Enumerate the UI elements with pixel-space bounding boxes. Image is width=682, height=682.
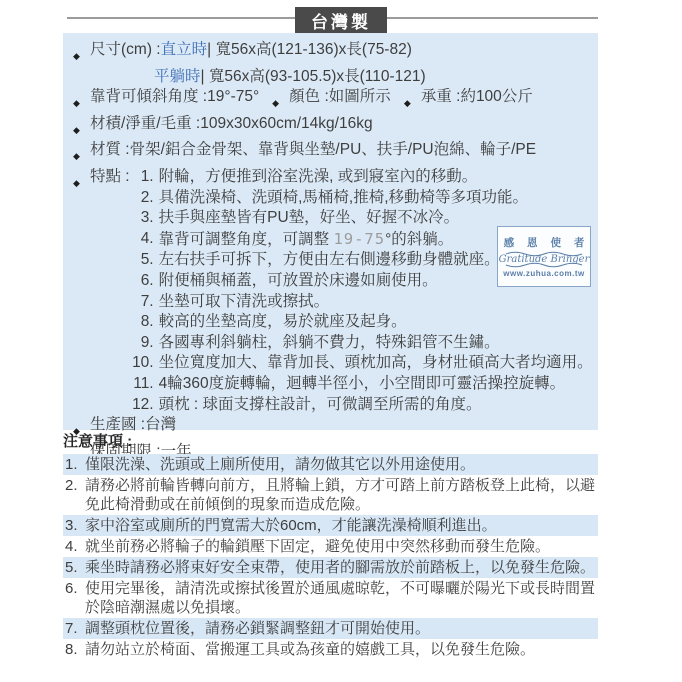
feature-item: 7. 坐墊可取下清洗或擦拭。 (130, 292, 598, 313)
feature-text: 4輪360度旋轉輪，迴轉半徑小，小空間即可靈活操控旋轉。 (159, 374, 598, 395)
spec-value-color: 如圖所示 (329, 87, 391, 114)
feature-text: 具備洗澡椅、洗頭椅,馬桶椅,推椅,移動椅等多項功能。 (159, 188, 598, 209)
note-item: 2. 請務必將前輪皆轉向前方，且將輪上鎖，方才可踏上前方踏板登上此椅，以避免此椅… (63, 475, 598, 515)
feature-text: 坐墊可取下清洗或擦拭。 (159, 292, 598, 313)
recline-angle-value: 19-75 (333, 230, 385, 248)
spec-row-material: ◆ 材質 : 骨架/鋁合金骨架、靠背與坐墊/PU、扶手/PU泡綿、輪子/PE (63, 140, 598, 167)
note-number: 1. (65, 455, 82, 474)
feature-text-suffix: °的斜躺。 (385, 231, 453, 248)
mode-flat-text: 平躺時 (154, 67, 201, 88)
feature-item: 11. 4輪360度旋轉輪，迴轉半徑小，小空間即可靈活操控旋轉。 (130, 374, 598, 395)
feature-list: 1. 附輪，方便推到浴室洗澡, 或到寢室內的移動。 2. 具備洗澡椅、洗頭椅,馬… (130, 167, 598, 415)
page-title: 台灣製 (311, 8, 371, 33)
spec-label-recline: 靠背可傾斜角度 : (90, 87, 207, 114)
made-in-taiwan-badge: 台灣製 (295, 7, 387, 33)
note-item: 1. 僅限洗澡、洗頭或上廁所使用，請勿做其它以外用途使用。 (63, 454, 598, 475)
feature-number: 6. (130, 271, 154, 292)
feature-number: 3. (130, 208, 154, 229)
note-item: 3. 家中浴室或廁所的門寬需大於60cm，才能讓洗澡椅順利進出。 (63, 515, 598, 536)
note-text: 家中浴室或廁所的門寬需大於60cm，才能讓洗澡椅順利進出。 (85, 516, 596, 535)
feature-number: 2. (130, 188, 154, 209)
feature-text: 附輪，方便推到浴室洗澡, 或到寢室內的移動。 (159, 167, 598, 188)
note-number: 6. (65, 579, 82, 598)
watermark-title: 感 恩 使 者 (499, 235, 590, 250)
spec-value-upright: | 寬56x高(121-136)x長(75-82) (207, 40, 412, 61)
note-item: 7. 調整頭枕位置後，請務必鎖緊調整鈕才可開始使用。 (63, 618, 598, 639)
note-number: 4. (65, 537, 82, 556)
feature-text: 各國專利斜躺柱，斜躺不費力，特殊鋁管不生鏽。 (159, 333, 598, 354)
spec-label-load: 承重 : (421, 87, 461, 114)
note-item: 5. 乘坐時請務必將束好安全束帶，使用者的腳需放於前踏板上，以免發生危險。 (63, 557, 598, 578)
feature-item: 10. 坐位寬度加大、靠背加長、頭枕加高，身材壯碩高大者均適用。 (130, 353, 598, 374)
spec-value-volume: 109x30x60cm/14kg/16kg (200, 114, 372, 135)
spec-row-dimensions: ◆ 尺寸(cm) : 直立時 | 寬56x高(121-136)x長(75-82) (63, 40, 598, 67)
spec-label-material: 材質 : (90, 140, 130, 161)
feature-text-prefix: 靠背可調整角度，可調整 (159, 231, 334, 248)
spec-row-inline: ◆ 靠背可傾斜角度 : 19°-75° ◆ 顏色 : 如圖所示 ◆ 承重 : 約… (63, 87, 598, 114)
bullet-diamond-icon: ◆ (404, 87, 421, 114)
watermark-stamp: 感 恩 使 者 Gratitude Bringer www.zuhua.com.… (497, 226, 591, 287)
note-number: 2. (65, 476, 82, 495)
note-item: 4. 就坐前務必將輪子的輪鎖壓下固定，避免使用中突然移動而發生危險。 (63, 536, 598, 557)
spec-label-volume: 材積/淨重/毛重 : (90, 114, 200, 135)
note-item: 6. 使用完畢後，請清洗或擦拭後置於通風處晾乾，不可曝曬於陽光下或長時間置於陰暗… (63, 578, 598, 618)
spec-label-features: 特點 : (90, 167, 130, 188)
bullet-diamond-icon: ◆ (73, 87, 90, 114)
spec-seg-load: ◆ 承重 : 約100公斤 (404, 87, 533, 114)
feature-number: 12. (130, 395, 154, 416)
notes-section: 注意事項 : 1. 僅限洗澡、洗頭或上廁所使用，請勿做其它以外用途使用。 2. … (63, 432, 598, 660)
note-text: 使用完畢後，請清洗或擦拭後置於通風處晾乾，不可曝曬於陽光下或長時間置於陰暗潮濕處… (85, 579, 596, 617)
note-number: 5. (65, 558, 82, 577)
note-text: 乘坐時請務必將束好安全束帶，使用者的腳需放於前踏板上，以免發生危險。 (85, 558, 596, 577)
note-text: 調整頭枕位置後，請務必鎖緊調整鈕才可開始使用。 (85, 619, 596, 638)
feature-text: 較高的坐墊高度，易於就座及起身。 (159, 312, 598, 333)
spec-row-features: ◆ 特點 : 1. 附輪，方便推到浴室洗澡, 或到寢室內的移動。 2. 具備洗澡… (63, 167, 598, 415)
feature-number: 8. (130, 312, 154, 333)
bullet-diamond-icon: ◆ (73, 40, 90, 67)
notes-heading: 注意事項 : (63, 432, 598, 451)
spec-seg-color: ◆ 顏色 : 如圖所示 (272, 87, 391, 114)
feature-number: 11. (130, 374, 154, 395)
spec-value-flat: | 寬56x高(93-105.5)x長(110-121) (201, 67, 426, 88)
spec-value-load: 約100公斤 (460, 87, 532, 114)
spec-value-recline: 19°-75° (207, 87, 259, 114)
bullet-diamond-icon: ◆ (73, 167, 90, 194)
feature-text: 坐位寬度加大、靠背加長、頭枕加高，身材壯碩高大者均適用。 (159, 353, 598, 374)
note-text: 僅限洗澡、洗頭或上廁所使用，請勿做其它以外用途使用。 (85, 455, 596, 474)
feature-item: 8. 較高的坐墊高度，易於就座及起身。 (130, 312, 598, 333)
spec-value-material: 骨架/鋁合金骨架、靠背與坐墊/PU、扶手/PU泡綿、輪子/PE (130, 140, 536, 161)
feature-number: 1. (130, 167, 154, 188)
feature-item: 12. 頭枕 : 球面支撐柱設計，可微調至所需的角度。 (130, 395, 598, 416)
spec-row-volume-weight: ◆ 材積/淨重/毛重 : 109x30x60cm/14kg/16kg (63, 114, 598, 141)
watermark-url: www.zuhua.com.tw (503, 269, 584, 278)
note-text: 請勿站立於椅面、當搬運工具或為孩童的嬉戲工具，以免發生危險。 (85, 640, 596, 659)
spec-label-dimensions: 尺寸(cm) : (90, 40, 161, 61)
note-number: 3. (65, 516, 82, 535)
bullet-diamond-icon: ◆ (73, 140, 90, 167)
bullet-diamond-icon: ◆ (73, 114, 90, 141)
feature-number: 10. (130, 353, 154, 374)
spec-label-color: 顏色 : (289, 87, 329, 114)
spec-seg-recline-angle: ◆ 靠背可傾斜角度 : 19°-75° (73, 87, 259, 114)
feature-item: 9. 各國專利斜躺柱，斜躺不費力，特殊鋁管不生鏽。 (130, 333, 598, 354)
note-item: 8. 請勿站立於椅面、當搬運工具或為孩童的嬉戲工具，以免發生危險。 (63, 639, 598, 660)
feature-item: 1. 附輪，方便推到浴室洗澡, 或到寢室內的移動。 (130, 167, 598, 188)
spec-row-dimensions-flat: 平躺時 | 寬56x高(93-105.5)x長(110-121) (63, 67, 598, 88)
note-list: 1. 僅限洗澡、洗頭或上廁所使用，請勿做其它以外用途使用。 2. 請務必將前輪皆… (63, 454, 598, 660)
bullet-diamond-icon: ◆ (272, 87, 289, 114)
note-text: 請務必將前輪皆轉向前方，且將輪上鎖，方才可踏上前方踏板登上此椅，以避免此椅滑動或… (85, 476, 596, 514)
note-number: 7. (65, 619, 82, 638)
feature-item: 2. 具備洗澡椅、洗頭椅,馬桶椅,推椅,移動椅等多項功能。 (130, 188, 598, 209)
feature-number: 7. (130, 292, 154, 313)
wave-line-icon (505, 262, 583, 269)
note-number: 8. (65, 640, 82, 659)
feature-number: 4. (130, 229, 154, 250)
feature-number: 5. (130, 250, 154, 271)
mode-upright-text: 直立時 (161, 40, 208, 61)
note-text: 就坐前務必將輪子的輪鎖壓下固定，避免使用中突然移動而發生危險。 (85, 537, 596, 556)
feature-text: 頭枕 : 球面支撐柱設計，可微調至所需的角度。 (159, 395, 598, 416)
feature-number: 9. (130, 333, 154, 354)
